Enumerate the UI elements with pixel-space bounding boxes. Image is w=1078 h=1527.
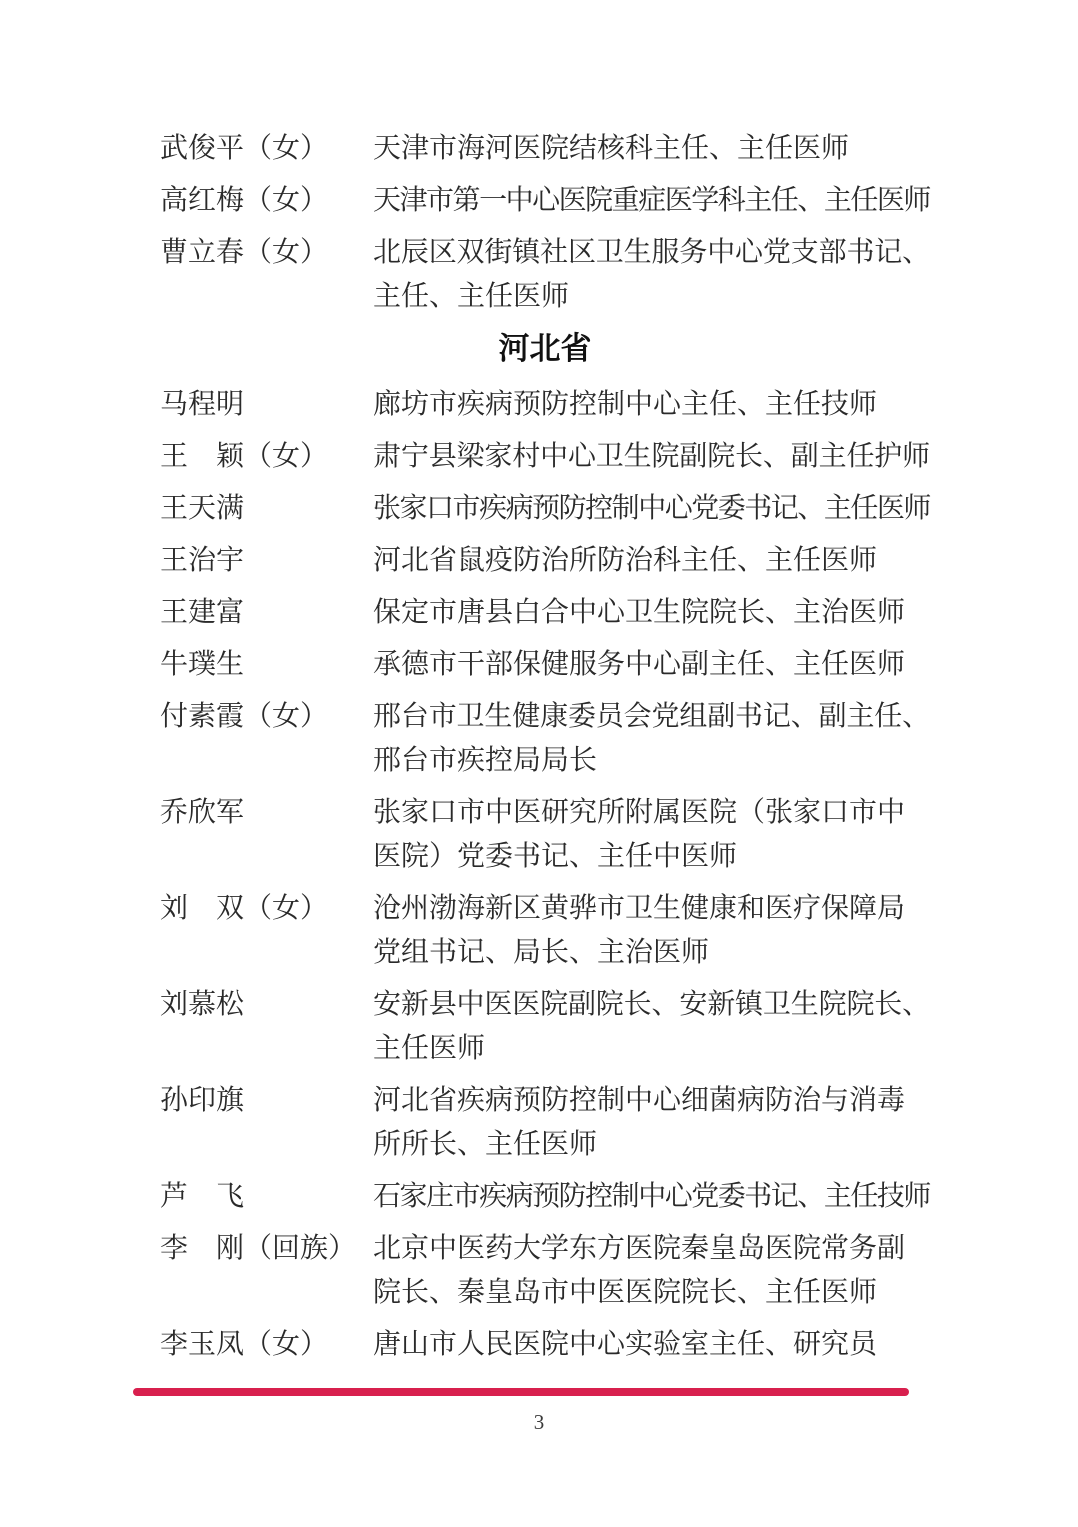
- title-line: 张家口市疾病预防控制中心党委书记、主任医师: [373, 487, 930, 531]
- list-item: 刘 双（女）沧州渤海新区黄骅市卫生健康和医疗保障局党组书记、局长、主治医师: [160, 887, 930, 975]
- title-line: 党组书记、局长、主治医师: [373, 931, 930, 975]
- list-item: 王建富保定市唐县白合中心卫生院院长、主治医师: [160, 591, 930, 635]
- person-name: 刘 双（女）: [160, 887, 373, 931]
- person-name: 芦 飞: [160, 1175, 373, 1219]
- person-title: 安新县中医医院副院长、安新镇卫生院院长、主任医师: [373, 983, 930, 1071]
- person-name: 王治宇: [160, 539, 373, 583]
- title-line: 北京中医药大学东方医院秦皇岛医院常务副: [373, 1227, 930, 1271]
- title-line: 唐山市人民医院中心实验室主任、研究员: [373, 1323, 930, 1367]
- person-title: 河北省鼠疫防治所防治科主任、主任医师: [373, 539, 930, 583]
- list-item: 王 颖（女）肃宁县梁家村中心卫生院副院长、副主任护师: [160, 435, 930, 479]
- list-item: 牛璞生承德市干部保健服务中心副主任、主任医师: [160, 643, 930, 687]
- person-name: 乔欣军: [160, 791, 373, 835]
- person-title: 沧州渤海新区黄骅市卫生健康和医疗保障局党组书记、局长、主治医师: [373, 887, 930, 975]
- person-title: 天津市海河医院结核科主任、主任医师: [373, 127, 930, 171]
- list-item: 乔欣军张家口市中医研究所附属医院（张家口市中医院）党委书记、主任中医师: [160, 791, 930, 879]
- list-item: 李 刚（回族）北京中医药大学东方医院秦皇岛医院常务副院长、秦皇岛市中医医院院长、…: [160, 1227, 930, 1315]
- person-name: 李玉凤（女）: [160, 1323, 373, 1367]
- title-line: 天津市第一中心医院重症医学科主任、主任医师: [373, 179, 930, 223]
- red-underline: [133, 1388, 909, 1396]
- person-title: 张家口市疾病预防控制中心党委书记、主任医师: [373, 487, 930, 531]
- title-line: 张家口市中医研究所附属医院（张家口市中: [373, 791, 930, 835]
- person-title: 石家庄市疾病预防控制中心党委书记、主任技师: [373, 1175, 930, 1219]
- title-line: 石家庄市疾病预防控制中心党委书记、主任技师: [373, 1175, 930, 1219]
- title-line: 沧州渤海新区黄骅市卫生健康和医疗保障局: [373, 887, 930, 931]
- person-title: 唐山市人民医院中心实验室主任、研究员: [373, 1323, 930, 1367]
- person-name: 牛璞生: [160, 643, 373, 687]
- list-item: 刘慕松安新县中医医院副院长、安新镇卫生院院长、主任医师: [160, 983, 930, 1071]
- list-item: 孙印旗河北省疾病预防控制中心细菌病防治与消毒所所长、主任医师: [160, 1079, 930, 1167]
- title-line: 主任医师: [373, 1027, 930, 1071]
- honoree-list: 武俊平（女）天津市海河医院结核科主任、主任医师高红梅（女）天津市第一中心医院重症…: [160, 127, 930, 1375]
- list-item: 芦 飞石家庄市疾病预防控制中心党委书记、主任技师: [160, 1175, 930, 1219]
- list-item: 马程明廊坊市疾病预防控制中心主任、主任技师: [160, 383, 930, 427]
- title-line: 北辰区双街镇社区卫生服务中心党支部书记、: [373, 231, 930, 275]
- list-item: 王治宇河北省鼠疫防治所防治科主任、主任医师: [160, 539, 930, 583]
- title-line: 天津市海河医院结核科主任、主任医师: [373, 127, 930, 171]
- person-name: 王建富: [160, 591, 373, 635]
- document-page: 武俊平（女）天津市海河医院结核科主任、主任医师高红梅（女）天津市第一中心医院重症…: [0, 0, 1078, 1527]
- title-line: 安新县中医医院副院长、安新镇卫生院院长、: [373, 983, 930, 1027]
- person-title: 承德市干部保健服务中心副主任、主任医师: [373, 643, 930, 687]
- person-name: 王 颖（女）: [160, 435, 373, 479]
- person-title: 廊坊市疾病预防控制中心主任、主任技师: [373, 383, 930, 427]
- person-name: 孙印旗: [160, 1079, 373, 1123]
- title-line: 医院）党委书记、主任中医师: [373, 835, 930, 879]
- title-line: 所所长、主任医师: [373, 1123, 930, 1167]
- page-number: 3: [0, 1408, 1078, 1436]
- person-title: 保定市唐县白合中心卫生院院长、主治医师: [373, 591, 930, 635]
- title-line: 主任、主任医师: [373, 275, 930, 319]
- section-header: 河北省: [160, 327, 930, 371]
- person-title: 肃宁县梁家村中心卫生院副院长、副主任护师: [373, 435, 930, 479]
- list-item: 武俊平（女）天津市海河医院结核科主任、主任医师: [160, 127, 930, 171]
- person-title: 北京中医药大学东方医院秦皇岛医院常务副院长、秦皇岛市中医医院院长、主任医师: [373, 1227, 930, 1315]
- person-title: 河北省疾病预防控制中心细菌病防治与消毒所所长、主任医师: [373, 1079, 930, 1167]
- title-line: 保定市唐县白合中心卫生院院长、主治医师: [373, 591, 930, 635]
- person-name: 曹立春（女）: [160, 231, 373, 275]
- list-item: 王天满张家口市疾病预防控制中心党委书记、主任医师: [160, 487, 930, 531]
- person-name: 刘慕松: [160, 983, 373, 1027]
- title-line: 廊坊市疾病预防控制中心主任、主任技师: [373, 383, 930, 427]
- title-line: 肃宁县梁家村中心卫生院副院长、副主任护师: [373, 435, 930, 479]
- title-line: 邢台市卫生健康委员会党组副书记、副主任、: [373, 695, 930, 739]
- person-name: 付素霞（女）: [160, 695, 373, 739]
- person-name: 马程明: [160, 383, 373, 427]
- person-name: 李 刚（回族）: [160, 1227, 373, 1271]
- person-name: 武俊平（女）: [160, 127, 373, 171]
- title-line: 承德市干部保健服务中心副主任、主任医师: [373, 643, 930, 687]
- list-item: 付素霞（女）邢台市卫生健康委员会党组副书记、副主任、邢台市疾控局局长: [160, 695, 930, 783]
- list-item: 曹立春（女）北辰区双街镇社区卫生服务中心党支部书记、主任、主任医师: [160, 231, 930, 319]
- title-line: 邢台市疾控局局长: [373, 739, 930, 783]
- title-line: 河北省鼠疫防治所防治科主任、主任医师: [373, 539, 930, 583]
- title-line: 河北省疾病预防控制中心细菌病防治与消毒: [373, 1079, 930, 1123]
- person-name: 王天满: [160, 487, 373, 531]
- person-name: 高红梅（女）: [160, 179, 373, 223]
- list-item: 李玉凤（女）唐山市人民医院中心实验室主任、研究员: [160, 1323, 930, 1367]
- person-title: 张家口市中医研究所附属医院（张家口市中医院）党委书记、主任中医师: [373, 791, 930, 879]
- list-item: 高红梅（女）天津市第一中心医院重症医学科主任、主任医师: [160, 179, 930, 223]
- person-title: 邢台市卫生健康委员会党组副书记、副主任、邢台市疾控局局长: [373, 695, 930, 783]
- title-line: 院长、秦皇岛市中医医院院长、主任医师: [373, 1271, 930, 1315]
- person-title: 北辰区双街镇社区卫生服务中心党支部书记、主任、主任医师: [373, 231, 930, 319]
- person-title: 天津市第一中心医院重症医学科主任、主任医师: [373, 179, 930, 223]
